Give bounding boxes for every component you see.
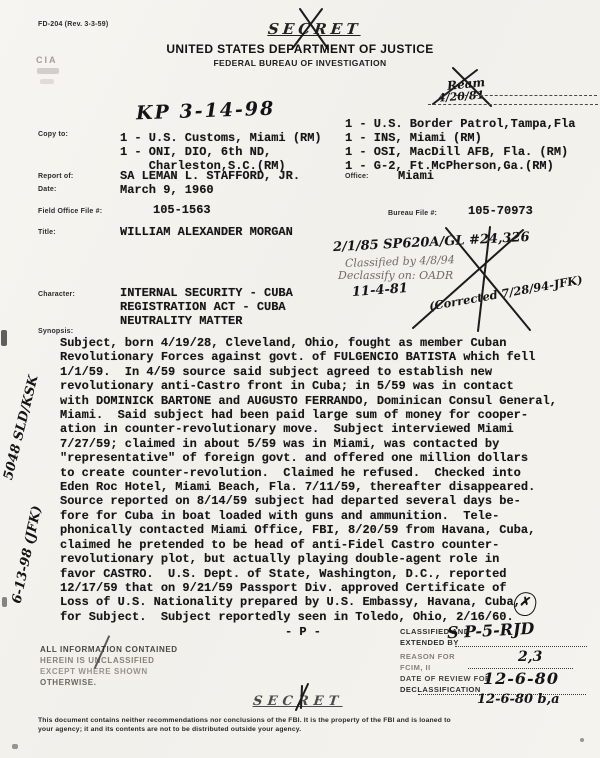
stamp-line: EXCEPT WHERE SHOWN	[40, 666, 178, 677]
cia-stamp-smudge	[40, 79, 54, 84]
character-label: Character:	[38, 290, 75, 299]
date-label: Date:	[38, 185, 57, 194]
title-label: Title:	[38, 228, 56, 237]
department-title: UNITED STATES DEPARTMENT OF JUSTICE	[0, 42, 600, 56]
character-line: NEUTRALITY MATTER	[120, 314, 293, 328]
handwritten-declass-date-2: 12-6-80 b,a	[477, 693, 560, 707]
copy-list-right: 1 - U.S. Border Patrol,Tampa,Fla 1 - INS…	[345, 117, 575, 173]
character-line: INTERNAL SECURITY - CUBA	[120, 286, 293, 300]
slash-strikeout-icon	[288, 682, 318, 712]
x-strikeout-icon	[425, 66, 510, 108]
footer-disclaimer-line2: your agency; it and its contents are not…	[38, 725, 301, 734]
scan-artifact	[2, 597, 7, 607]
bureau-file-label: Bureau File #:	[388, 209, 437, 218]
pen-underline	[455, 95, 597, 96]
character-line: REGISTRATION ACT - CUBA	[120, 300, 293, 314]
pen-underline	[428, 104, 598, 105]
office-value: Miami	[398, 169, 434, 183]
report-of-label: Report of:	[38, 172, 73, 181]
copy-item: 1 - G-2, Ft.McPherson,Ga.(RM)	[345, 159, 575, 173]
margin-handwritten-note-2: 6-13-98 (JFK)	[11, 465, 54, 605]
copy-to-label: Copy to:	[38, 130, 68, 139]
cia-stamp-smudge	[37, 68, 59, 74]
all-information-stamp: ALL INFORMATION CONTAINED HEREIN IS UNCL…	[40, 644, 178, 688]
copy-item: 1 - U.S. Customs, Miami (RM)	[120, 131, 322, 145]
report-of-value: SA LEMAN L. STAFFORD, JR.	[120, 169, 300, 183]
character-block: INTERNAL SECURITY - CUBA REGISTRATION AC…	[120, 286, 293, 328]
footer-disclaimer-line1: This document contains neither recommend…	[38, 716, 451, 725]
form-number: FD-204 (Rev. 3-3-59)	[38, 20, 108, 29]
scan-artifact	[1, 330, 7, 346]
scanned-fbi-report: FD-204 (Rev. 3-3-59) SECRET UNITED STATE…	[0, 0, 600, 758]
handwritten-file-note: KP 3-14-98	[136, 102, 276, 121]
bureau-title: FEDERAL BUREAU OF INVESTIGATION	[0, 58, 600, 68]
handwritten-reason: 2,3	[518, 650, 542, 664]
field-office-file-value: 105-1563	[153, 203, 211, 217]
copy-list-left: 1 - U.S. Customs, Miami (RM) 1 - ONI, DI…	[120, 131, 322, 173]
status-mark: - P -	[285, 625, 321, 639]
handwritten-declass-date: 12-6-80	[483, 672, 559, 686]
synopsis-text: Subject, born 4/19/28, Cleveland, Ohio, …	[60, 336, 572, 624]
date-value: March 9, 1960	[120, 183, 214, 197]
scan-artifact	[12, 744, 18, 749]
report-title: WILLIAM ALEXANDER MORGAN	[120, 225, 293, 239]
margin-handwritten-note-1: 5048 SLD/KSK	[2, 333, 52, 482]
copy-item: 1 - U.S. Border Patrol,Tampa,Fla	[345, 117, 575, 131]
scan-artifact	[580, 738, 584, 742]
copy-item: 1 - OSI, MacDill AFB, Fla. (RM)	[345, 145, 575, 159]
office-label: Office:	[345, 172, 369, 181]
bureau-file-value: 105-70973	[468, 204, 533, 218]
handwritten-extended-by: S P-5-RJD	[447, 622, 535, 641]
stamp-line: REASON FOR	[400, 651, 491, 662]
stamp-line: ALL INFORMATION CONTAINED	[40, 644, 178, 655]
stamp-line: OTHERWISE.	[40, 677, 178, 688]
stamp-line: DATE OF REVIEW FOR	[400, 673, 491, 684]
copy-item: 1 - ONI, DIO, 6th ND,	[120, 145, 322, 159]
cia-stamp: CIA	[36, 55, 58, 66]
x-strikeout-icon	[398, 225, 543, 333]
copy-item: 1 - INS, Miami (RM)	[345, 131, 575, 145]
field-office-file-label: Field Office File #:	[38, 207, 102, 216]
stamp-dotted-line	[455, 646, 587, 647]
stamp-line: HEREIN IS UNCLASSIFIED	[40, 655, 178, 666]
